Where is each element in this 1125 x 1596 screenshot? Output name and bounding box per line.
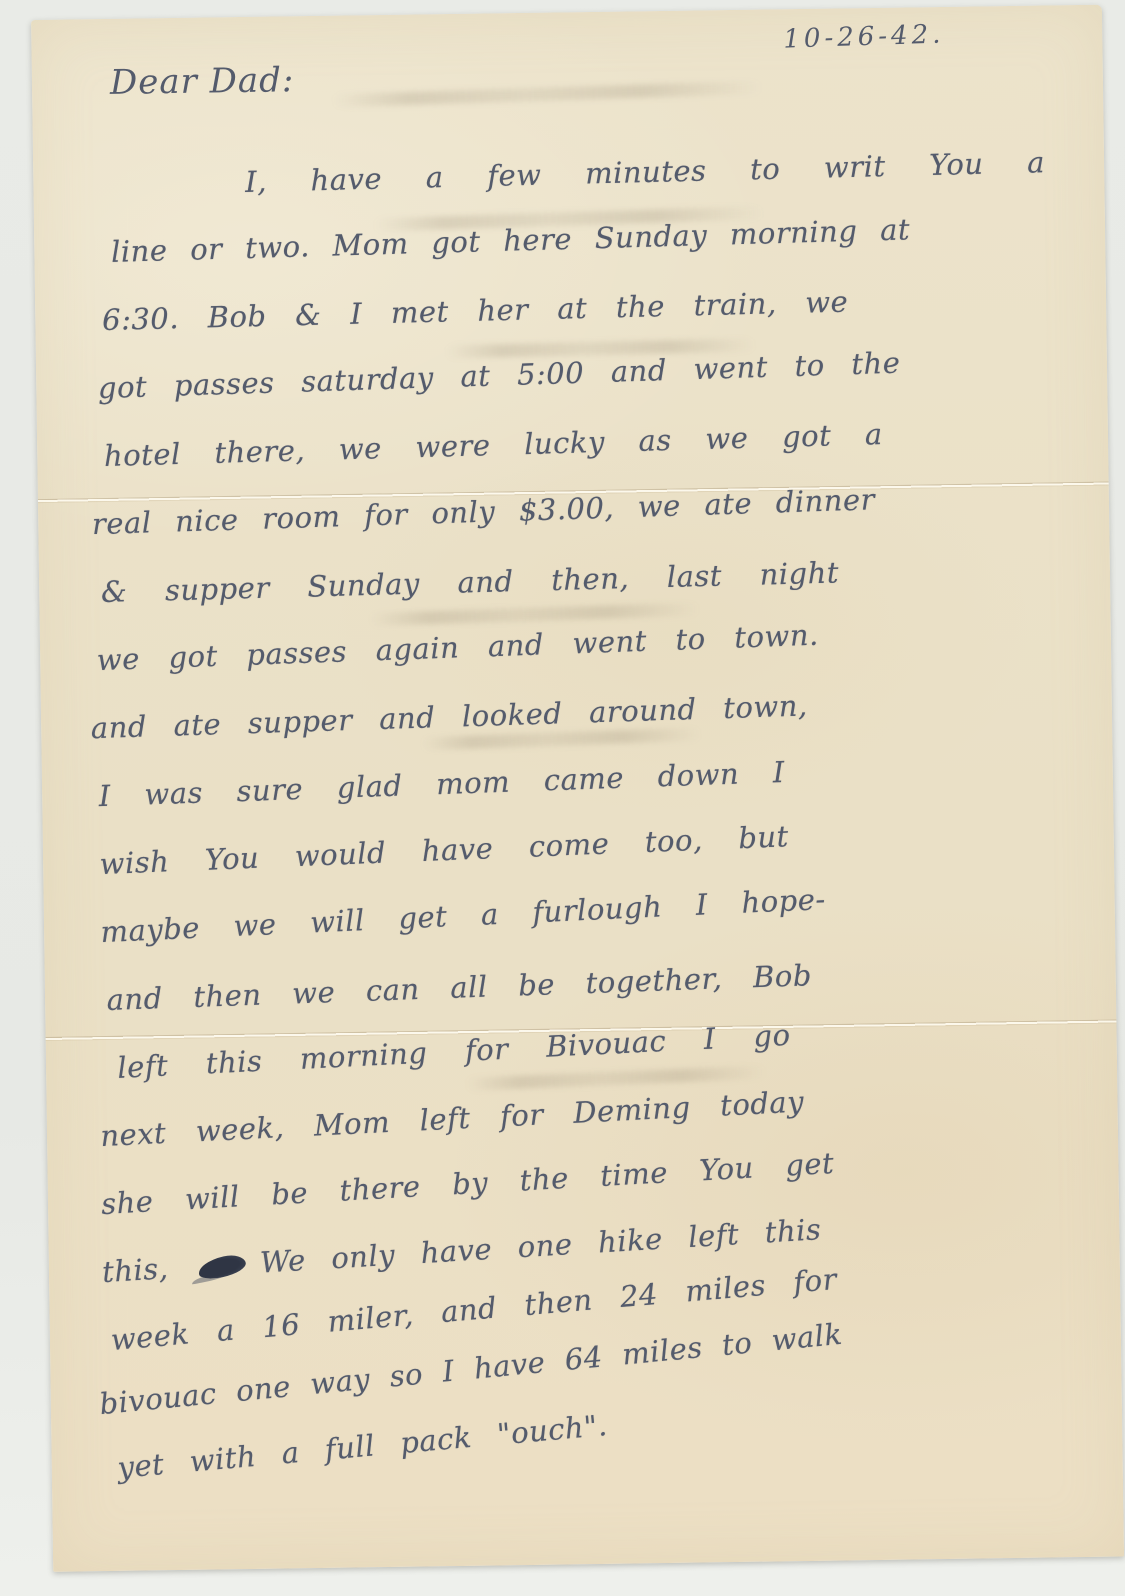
- letter-salutation: Dear Dad:: [110, 60, 295, 103]
- letter-body: I, have a few minutes to writ You aline …: [75, 153, 1097, 1515]
- letter-line-text: I, have a few minutes to writ You a: [245, 145, 1046, 199]
- scan-background: { "document": { "date": "10-26-42.", "sa…: [0, 0, 1125, 1596]
- bleed-through-mark: [332, 81, 762, 108]
- ink-blot: [197, 1252, 248, 1282]
- letter-line-text: this,: [101, 1251, 169, 1289]
- letter-date: 10-26-42.: [783, 20, 945, 55]
- letter-paper: 10-26-42. Dear Dad: I, have a few minute…: [31, 5, 1124, 1572]
